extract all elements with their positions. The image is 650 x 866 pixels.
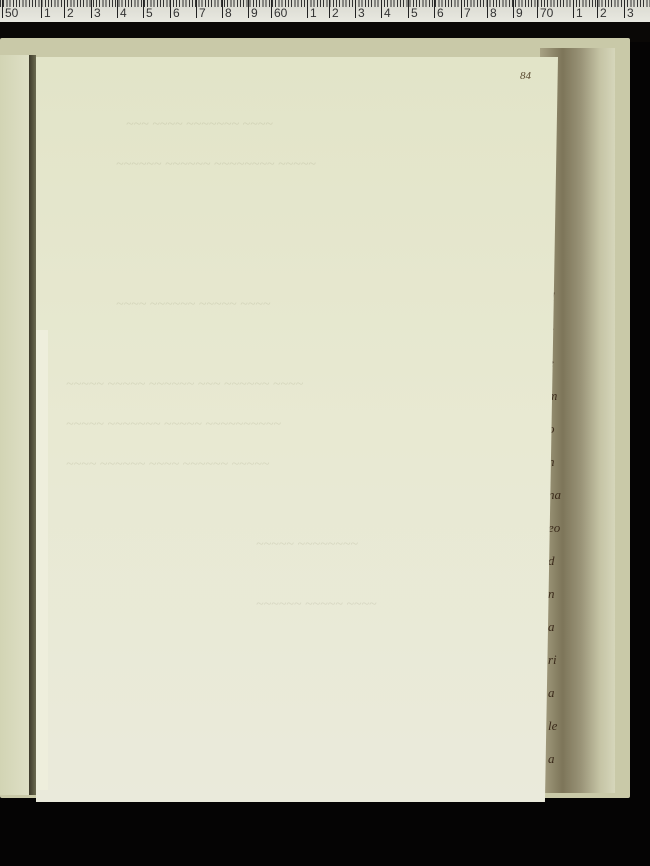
show-through-text: ~~~~~ ~~~~~ ~~~~~~ ~~~ ~~~~~~ ~~~~ <box>66 377 303 393</box>
ruler-label: 3 <box>94 7 101 20</box>
ruler-major-tick <box>222 0 223 18</box>
ruler-major-tick <box>487 0 488 18</box>
ruler-label: 4 <box>120 7 127 20</box>
ruler-label: 5 <box>146 7 153 20</box>
ruler-label: 7 <box>464 7 471 20</box>
ruler-label: 5 <box>411 7 418 20</box>
ruler-major-tick <box>461 0 462 18</box>
ruler-label: 70 <box>540 7 553 20</box>
ruler-major-tick <box>91 0 92 18</box>
ruler-label: 9 <box>251 7 258 20</box>
left-page-edge <box>0 55 30 795</box>
ruler-major-tick <box>597 0 598 18</box>
ruler-label: 4 <box>384 7 391 20</box>
ruler-major-tick <box>143 0 144 18</box>
ruler-major-tick <box>271 0 272 18</box>
ruler-major-tick <box>41 0 42 18</box>
inserted-paper-strip <box>36 330 48 790</box>
ruler-major-tick <box>408 0 409 18</box>
show-through-text: ~~~~ ~~~~~~ ~~~~~ ~~~~ <box>116 297 270 313</box>
edge-ink-letter: a <box>548 751 555 767</box>
ruler-label: 2 <box>332 7 339 20</box>
ruler-major-tick <box>573 0 574 18</box>
ruler-major-tick <box>381 0 382 18</box>
ruler-label: 8 <box>225 7 232 20</box>
ruler-label: 3 <box>358 7 365 20</box>
ruler-label: 8 <box>490 7 497 20</box>
ruler-major-tick <box>248 0 249 18</box>
ruler-label: 7 <box>199 7 206 20</box>
ruler-label: 2 <box>67 7 74 20</box>
edge-ink-letter: le <box>548 718 557 734</box>
ruler-label: 9 <box>516 7 523 20</box>
ruler-label: 1 <box>44 7 51 20</box>
show-through-text: ~~~~~~ ~~~~~~ ~~~~~~~~ ~~~~~ <box>116 157 316 173</box>
ruler-label: 60 <box>274 7 287 20</box>
ruler-major-tick <box>117 0 118 18</box>
show-through-text: ~~~~~ ~~~~~~~~ <box>256 537 358 553</box>
edge-ink-letter: ri <box>548 652 557 668</box>
ruler-major-tick <box>170 0 171 18</box>
ruler-major-tick <box>64 0 65 18</box>
ruler-major-tick <box>2 0 3 18</box>
ruler-label: 50 <box>5 7 18 20</box>
show-through-text: ~~~~ ~~~~~~ ~~~~ ~~~~~~ ~~~~~ <box>66 457 269 473</box>
ruler-major-tick <box>624 0 625 18</box>
ruler-label: 1 <box>576 7 583 20</box>
ruler-label: 3 <box>627 7 634 20</box>
ruler-label: 2 <box>600 7 607 20</box>
edge-ink-letter: a <box>548 619 555 635</box>
ruler-major-tick <box>537 0 538 18</box>
show-through-text: ~~~~~~ ~~~~~ ~~~~ <box>256 597 377 613</box>
ruler-label: 6 <box>173 7 180 20</box>
ruler-major-tick <box>307 0 308 18</box>
ruler-major-tick <box>513 0 514 18</box>
manuscript-page: ~~~ ~~~~ ~~~~~~~ ~~~~ ~~~~~~ ~~~~~~ ~~~~… <box>36 57 558 802</box>
binding-gutter <box>29 55 36 795</box>
folio-number: 84 <box>520 70 531 82</box>
show-through-text: ~~~ ~~~~ ~~~~~~~ ~~~~ <box>126 117 273 133</box>
ruler-label: 6 <box>437 7 444 20</box>
show-through-text: ~~~~~ ~~~~~~~ ~~~~~ ~~~~~~~~~~ <box>66 417 281 433</box>
ruler-major-tick <box>355 0 356 18</box>
measuring-ruler: 501234567896012345678970123 <box>0 0 650 22</box>
edge-ink-letter: a <box>548 685 555 701</box>
ruler-major-tick <box>196 0 197 18</box>
ruler-major-tick <box>434 0 435 18</box>
ruler-major-tick <box>329 0 330 18</box>
edge-ink-letter: n <box>548 586 555 602</box>
ruler-label: 1 <box>310 7 317 20</box>
